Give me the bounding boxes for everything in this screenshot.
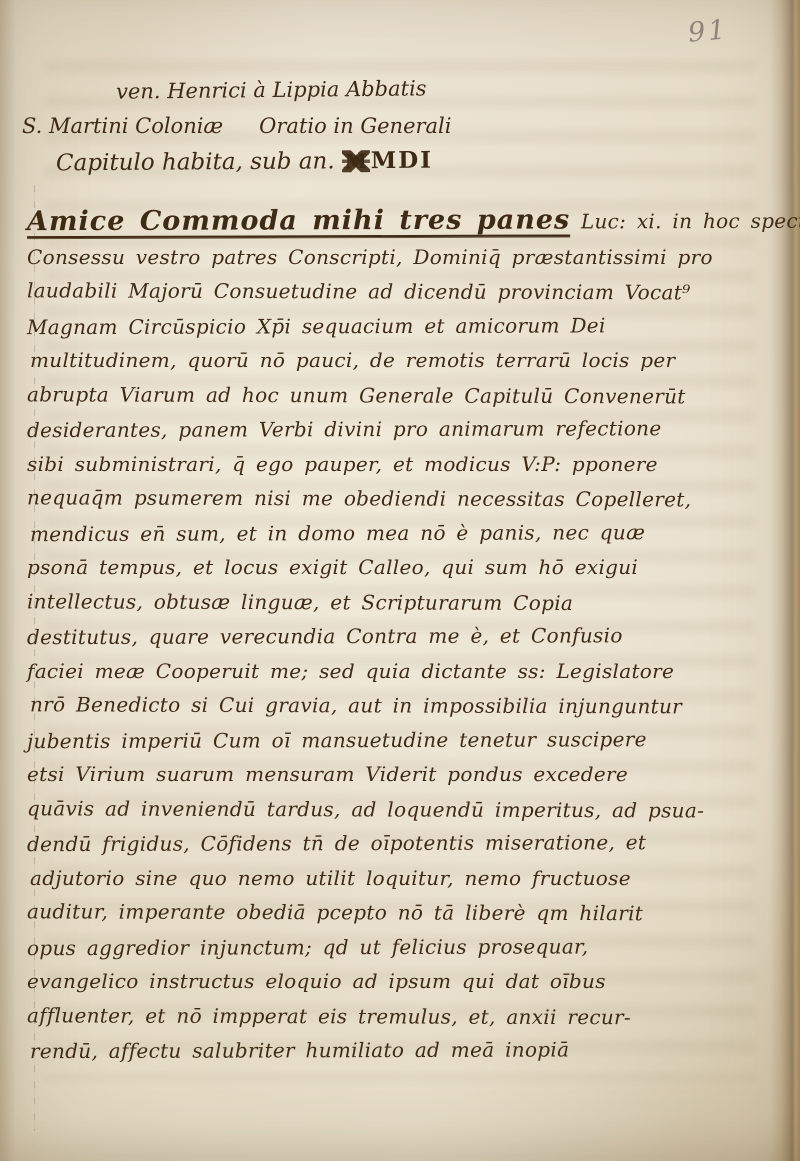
body-line: dendū frigidus, Cōfidens tn̄ de oīpotent… [27, 825, 775, 862]
body-line: Magnam Circūspicio Xp̄i sequacium et ami… [27, 307, 775, 344]
body-line: nequaq̄m psumerem nisi me obediendi nece… [27, 480, 775, 517]
body-line: intellectus, obtusæ linguæ, et Scriptura… [27, 584, 775, 621]
title-line-1: ven. Henrici à Lippia Abbatis [116, 76, 427, 103]
body-line-first-rest: Luc: xi. in hoc spectabili [581, 209, 800, 234]
title-line-2-right: Oratio in Generali [259, 114, 451, 138]
body-line: adjutorio sine quo nemo utilit loquitur,… [30, 861, 775, 896]
folio-number: 91 [687, 14, 730, 48]
title-line-3-text: Capitulo habita, sub an. [56, 148, 335, 176]
body-line: evangelico instructus eloquio ad ipsum q… [27, 964, 775, 999]
title-year: MDI [371, 147, 433, 174]
title-line-3: Capitulo habita, sub an.MMDI [56, 147, 433, 177]
body-line: nrō Benedicto si Cui gravia, aut in impo… [30, 687, 775, 724]
body-line: sibi subministrari, q̄ ego pauper, et mo… [27, 447, 775, 482]
body-line: etsi Virium suarum mensuram Viderit pond… [27, 757, 775, 792]
body-line: rendū, affectu salubriter humiliato ad m… [30, 1032, 775, 1069]
body-line: opus aggredior injunctum; qd ut felicius… [27, 928, 775, 965]
body-line-first: Amice Commoda mihi tres panes Luc: xi. i… [27, 203, 775, 241]
body-line: desiderantes, panem Verbi divini pro ani… [27, 411, 775, 448]
body-line: quāvis ad inveniendū tardus, ad loquendū… [27, 791, 775, 828]
incipit-phrase: Amice Commoda mihi tres panes [27, 204, 570, 239]
body-line: destitutus, quare verecundia Contra me è… [27, 618, 775, 655]
blotted-character: M [343, 149, 369, 173]
body-line: faciei meæ Cooperuit me; sed quia dictan… [27, 654, 775, 689]
body-line: abrupta Viarum ad hoc unum Generale Capi… [27, 377, 775, 414]
body-line: mendicus en̄ sum, et in domo mea nō è pa… [30, 514, 775, 551]
body-line: psonā tempus, et locus exigit Calleo, qu… [27, 550, 775, 585]
manuscript-page: 91 ven. Henrici à Lippia Abbatis S. Mart… [0, 0, 800, 1161]
body-line: affluenter, et nō impperat eis tremulus,… [27, 998, 775, 1035]
oration-text: Amice Commoda mihi tres panes Luc: xi. i… [27, 204, 775, 1068]
body-line: auditur, imperante obediā pcepto nō tā l… [27, 894, 775, 931]
body-line: laudabili Majorū Consuetudine ad dicendū… [27, 273, 775, 310]
title-line-2: S. Martini ColoniæOratio in Generali [22, 114, 451, 138]
body-line: jubentis imperiū Cum oī mansuetudine ten… [27, 721, 775, 758]
body-line: multitudinem, quorū nō pauci, de remotis… [30, 343, 775, 378]
page-left-edge-shading [0, 0, 16, 1161]
title-line-2-left: S. Martini Coloniæ [22, 114, 223, 138]
body-line: Consessu vestro patres Conscripti, Domin… [27, 240, 775, 275]
